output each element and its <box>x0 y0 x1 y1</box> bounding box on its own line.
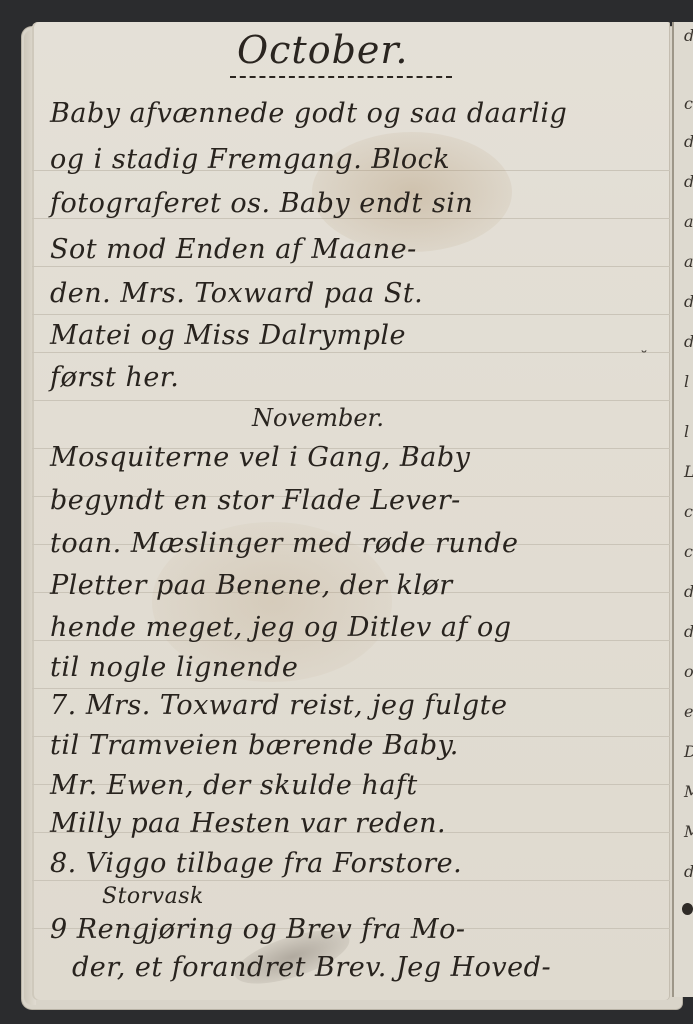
ink-blot <box>682 903 693 915</box>
facing-page-glyph: o <box>684 662 693 681</box>
section-heading-october: October. <box>237 28 408 72</box>
ruled-line <box>32 880 670 881</box>
facing-page-glyph: d <box>684 622 693 641</box>
facing-page-glyph: l <box>684 422 689 441</box>
facing-page-glyph: d <box>684 862 693 881</box>
facing-page-glyph: M <box>684 782 693 801</box>
diary-page: October. Baby afvænnede godt og saa daar… <box>32 22 670 1000</box>
facing-page-glyph: a <box>684 212 693 231</box>
text-line: Matei og Miss Dalrymple <box>50 320 406 351</box>
ruled-line <box>32 688 670 689</box>
heading-underline <box>230 76 452 78</box>
text-line: Baby afvænnede godt og saa daarlig <box>50 98 567 129</box>
text-line: 9 Rengjøring og Brev fra Mo- <box>50 914 465 945</box>
text-line: til Tramveien bærende Baby. <box>50 730 459 761</box>
facing-page-glyph: e <box>684 702 693 721</box>
text-line: Pletter paa Benene, der klør <box>50 570 453 601</box>
text-line: Mr. Ewen, der skulde haft <box>50 770 418 801</box>
facing-page-edge: d c d d a a d d l l L c c d d o e D M M … <box>672 22 693 997</box>
text-line: og i stadig Fremgang. Block <box>50 144 450 175</box>
facing-page-glyph: d <box>684 332 693 351</box>
ruled-line <box>32 314 670 315</box>
facing-page-glyph: d <box>684 172 693 191</box>
facing-page-glyph: d <box>684 292 693 311</box>
facing-page-glyph: d <box>684 582 693 601</box>
text-line: 7. Mrs. Toxward reist, jeg fulgte <box>50 690 508 721</box>
text-line: den. Mrs. Toxward paa St. <box>50 278 423 309</box>
facing-page-glyph: c <box>684 542 693 561</box>
text-line: Sot mod Enden af Maane- <box>50 234 417 265</box>
facing-page-glyph: d <box>684 132 693 151</box>
facing-page-glyph: M <box>684 822 693 841</box>
text-line: til nogle lignende <box>50 652 298 683</box>
pencil-mark: ˘ <box>640 348 648 367</box>
text-line: 8. Viggo tilbage fra Forstore. <box>50 848 462 879</box>
facing-page-glyph: a <box>684 252 693 271</box>
facing-page-glyph: d <box>684 26 693 45</box>
facing-page-glyph: l <box>684 372 689 391</box>
text-line: først her. <box>50 362 179 393</box>
facing-page-glyph: L <box>684 462 693 481</box>
text-line: begyndt en stor Flade Lever- <box>50 485 461 516</box>
section-heading-november: November. <box>252 404 384 432</box>
facing-page-glyph: c <box>684 502 693 521</box>
text-line: Mosquiterne vel i Gang, Baby <box>50 442 470 473</box>
text-line: Milly paa Hesten var reden. <box>50 808 446 839</box>
ruled-line <box>32 352 670 353</box>
text-line-insertion: Storvask <box>102 884 204 909</box>
facing-page-glyph: c <box>684 94 693 113</box>
text-line: hende meget, jeg og Ditlev af og <box>50 612 512 643</box>
text-line: toan. Mæslinger med røde runde <box>50 528 518 559</box>
text-line: fotograferet os. Baby endt sin <box>50 188 473 219</box>
ruled-line <box>32 266 670 267</box>
ruled-line <box>32 400 670 401</box>
facing-page-glyph: D <box>684 742 693 761</box>
